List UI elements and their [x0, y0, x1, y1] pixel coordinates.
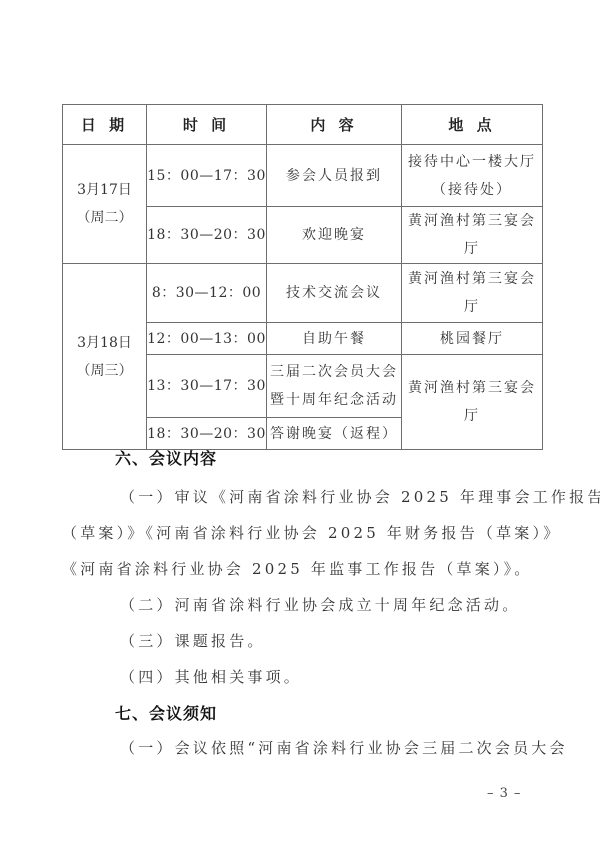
- schedule-table: 日 期 时 间 内 容 地 点 3月17日 （周二） 15：00—17：30 参…: [62, 104, 543, 450]
- page-number: – 3 –: [487, 786, 522, 801]
- location-cell: 接待中心一楼大厅 （接待处）: [402, 145, 543, 207]
- date-cell: 3月18日 （周三）: [63, 264, 147, 450]
- header-date: 日 期: [63, 105, 147, 145]
- location-cell: 桃园餐厅: [402, 323, 543, 355]
- paragraph-notice-item1: （一）会议依照“河南省涂料行业协会三届二次会员大会: [120, 737, 600, 758]
- header-time: 时 间: [147, 105, 267, 145]
- table-header-row: 日 期 时 间 内 容 地 点: [63, 105, 543, 145]
- time-cell: 18：30—20：30: [147, 418, 267, 450]
- document-page: 日 期 时 间 内 容 地 点 3月17日 （周二） 15：00—17：30 参…: [0, 0, 600, 848]
- weekday-text: （周二）: [63, 204, 146, 232]
- content-cell: 技术交流会议: [267, 264, 402, 323]
- paragraph-item2: （二）河南省涂料行业协会成立十周年纪念活动。: [120, 594, 600, 615]
- date-text: 3月18日: [63, 329, 146, 357]
- paragraph-item1-line3: 《河南省涂料行业协会 2025 年监事工作报告（草案）》。: [62, 558, 542, 579]
- content-cell: 自助午餐: [267, 323, 402, 355]
- time-cell: 8：30—12：00: [147, 264, 267, 323]
- paragraph-item1-line2: （草案）》《河南省涂料行业协会 2025 年财务报告（草案）》: [62, 522, 542, 543]
- header-location: 地 点: [402, 105, 543, 145]
- content-line1: 三届二次会员大会: [267, 358, 401, 386]
- location-line1: 接待中心一楼大厅: [402, 148, 542, 176]
- date-text: 3月17日: [63, 176, 146, 204]
- paragraph-item3: （三）课题报告。: [120, 630, 600, 651]
- header-content: 内 容: [267, 105, 402, 145]
- time-cell: 15：00—17：30: [147, 145, 267, 207]
- content-cell: 三届二次会员大会 暨十周年纪念活动: [267, 355, 402, 418]
- section-heading-6: 六、会议内容: [115, 446, 217, 469]
- time-cell: 18：30—20：30: [147, 207, 267, 264]
- location-cell: 黄河渔村第三宴会厅: [402, 207, 543, 264]
- content-cell: 参会人员报到: [267, 145, 402, 207]
- content-cell: 答谢晚宴（返程）: [267, 418, 402, 450]
- weekday-text: （周三）: [63, 357, 146, 385]
- content-line2: 暨十周年纪念活动: [267, 386, 401, 414]
- section-heading-7: 七、会议须知: [115, 701, 217, 724]
- location-cell: 黄河渔村第三宴会厅: [402, 264, 543, 323]
- paragraph-item1-line1: （一）审议《河南省涂料行业协会 2025 年理事会工作报告: [120, 486, 600, 507]
- paragraph-item4: （四）其他相关事项。: [120, 666, 600, 687]
- table-row: 3月17日 （周二） 15：00—17：30 参会人员报到 接待中心一楼大厅 （…: [63, 145, 543, 207]
- time-cell: 12：00—13：00: [147, 323, 267, 355]
- time-cell: 13：30—17：30: [147, 355, 267, 418]
- table-row: 3月18日 （周三） 8：30—12：00 技术交流会议 黄河渔村第三宴会厅: [63, 264, 543, 323]
- date-cell: 3月17日 （周二）: [63, 145, 147, 264]
- location-line2: （接待处）: [402, 176, 542, 204]
- content-cell: 欢迎晚宴: [267, 207, 402, 264]
- location-cell: 黄河渔村第三宴会厅: [402, 355, 543, 450]
